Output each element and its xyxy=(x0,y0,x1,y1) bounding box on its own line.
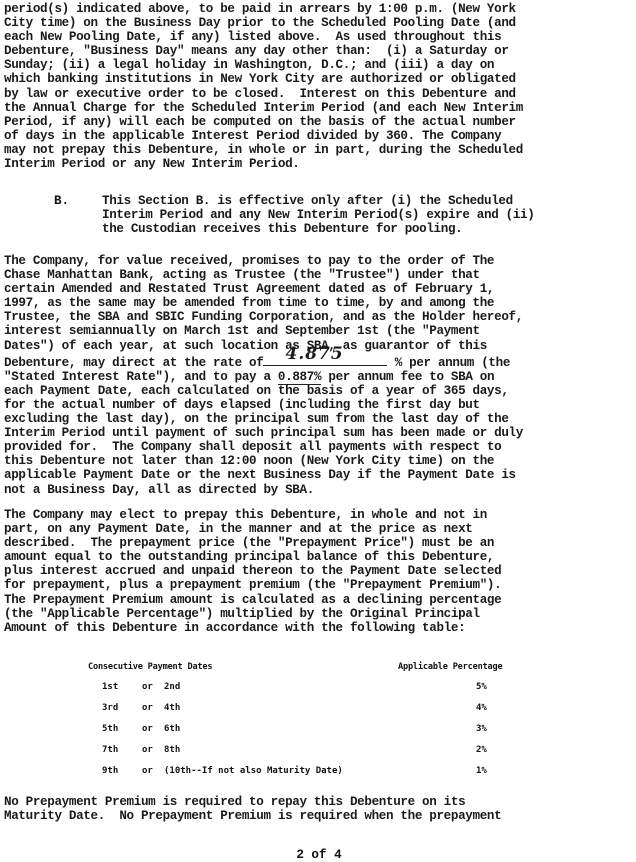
text-line: Trustee, the SBA and SBIC Funding Corpor… xyxy=(4,310,523,324)
cell-or: or xyxy=(142,682,153,692)
table-row: 9th or (10th--If not also Maturity Date)… xyxy=(4,766,634,786)
text-line: certain Amended and Restated Trust Agree… xyxy=(4,282,523,296)
text-line: Interim Period and any New Interim Perio… xyxy=(102,208,534,222)
fee-suffix: per annum fee to SBA on xyxy=(328,370,494,384)
text-line: The Company, for value received, promise… xyxy=(4,254,523,268)
cell-or: or xyxy=(142,703,153,713)
cell-second: 8th xyxy=(164,745,180,755)
text-line: this Debenture not later than 12:00 noon… xyxy=(4,454,523,468)
fee-line: "Stated Interest Rate"), and to pay a 0.… xyxy=(4,370,523,384)
cell-pct: 2% xyxy=(476,745,487,755)
section-b-text: This Section B. is effective only after … xyxy=(102,194,534,236)
text-line: amount equal to the outstanding principa… xyxy=(4,550,501,564)
cell-second: 4th xyxy=(164,703,180,713)
rate-prefix: Debenture, may direct at the rate of xyxy=(4,356,263,370)
text-line: Chase Manhattan Bank, acting as Trustee … xyxy=(4,268,523,282)
text-line: Interim Period or any New Interim Period… xyxy=(4,157,523,171)
text-line: not a Business Day, all as directed by S… xyxy=(4,483,523,497)
paragraph-no-premium: No Prepayment Premium is required to rep… xyxy=(4,795,501,823)
cell-pct: 4% xyxy=(476,703,487,713)
cell-first: 3rd xyxy=(102,703,118,713)
cell-first: 7th xyxy=(102,745,118,755)
handwritten-rate: 4.875 xyxy=(285,347,343,361)
fee-prefix: "Stated Interest Rate"), and to pay a xyxy=(4,370,271,384)
text-line: interest semiannually on March 1st and S… xyxy=(4,324,523,338)
text-line: No Prepayment Premium is required to rep… xyxy=(4,795,501,809)
paragraph-prepayment: The Company may elect to prepay this Deb… xyxy=(4,508,501,635)
cell-first: 9th xyxy=(102,766,118,776)
table-row: 7th or 8th 2% xyxy=(4,745,634,765)
text-line: each Payment Date, each calculated on th… xyxy=(4,384,523,398)
cell-second: (10th--If not also Maturity Date) xyxy=(164,766,343,776)
cell-or: or xyxy=(142,766,153,776)
fee-value: 0.887% xyxy=(278,370,321,385)
text-line: excluding the last day), on the principa… xyxy=(4,412,523,426)
text-line: Debenture, "Business Day" means any day … xyxy=(4,44,523,58)
cell-or: or xyxy=(142,724,153,734)
text-line: The Prepayment Premium amount is calcula… xyxy=(4,593,501,607)
cell-second: 2nd xyxy=(164,682,180,692)
text-line: Maturity Date. No Prepayment Premium is … xyxy=(4,809,501,823)
text-line: of days in the applicable Interest Perio… xyxy=(4,129,523,143)
cell-first: 1st xyxy=(102,682,118,692)
text-line: may not prepay this Debenture, in whole … xyxy=(4,143,523,157)
rate-line: Debenture, may direct at the rate of4.87… xyxy=(4,353,523,370)
text-line: (the "Applicable Percentage") multiplied… xyxy=(4,607,501,621)
table-row: 3rd or 4th 4% xyxy=(4,703,634,723)
text-line: 1997, as the same may be amended from ti… xyxy=(4,296,523,310)
text-line: The Company may elect to prepay this Deb… xyxy=(4,508,501,522)
table-row: 1st or 2nd 5% xyxy=(4,682,634,702)
cell-or: or xyxy=(142,745,153,755)
text-line: part, on any Payment Date, in the manner… xyxy=(4,522,501,536)
rate-blank: 4.875 xyxy=(263,353,387,366)
rate-suffix: % per annum (the xyxy=(395,356,510,370)
text-line: period(s) indicated above, to be paid in… xyxy=(4,2,523,16)
text-line: Dates") of each year, at such location a… xyxy=(4,339,523,353)
cell-second: 6th xyxy=(164,724,180,734)
text-line: Interim Period until payment of such pri… xyxy=(4,426,523,440)
text-line: applicable Payment Date or the next Busi… xyxy=(4,468,523,482)
text-line: each New Pooling Date, if any) listed ab… xyxy=(4,30,523,44)
text-line: City time) on the Business Day prior to … xyxy=(4,16,523,30)
table-header-payment-dates: Consecutive Payment Dates xyxy=(88,662,212,672)
table-header-percentage: Applicable Percentage xyxy=(398,662,502,672)
text-line: Sunday; (ii) a legal holiday in Washingt… xyxy=(4,58,523,72)
text-line: the Custodian receives this Debenture fo… xyxy=(102,222,534,236)
paragraph-payment-promise: The Company, for value received, promise… xyxy=(4,254,523,497)
text-line: the Annual Charge for the Scheduled Inte… xyxy=(4,101,523,115)
cell-first: 5th xyxy=(102,724,118,734)
page-number: 2 of 4 xyxy=(4,848,634,862)
table-row: 5th or 6th 3% xyxy=(4,724,634,744)
cell-pct: 1% xyxy=(476,766,487,776)
text-line: for prepayment, plus a prepayment premiu… xyxy=(4,578,501,592)
text-line: which banking institutions in New York C… xyxy=(4,72,523,86)
text-line: by law or executive order to be closed. … xyxy=(4,87,523,101)
section-letter: B. xyxy=(54,194,69,208)
text-line: provided for. The Company shall deposit … xyxy=(4,440,523,454)
text-line: for the actual number of days elapsed (i… xyxy=(4,398,523,412)
cell-pct: 3% xyxy=(476,724,487,734)
text-line: This Section B. is effective only after … xyxy=(102,194,534,208)
text-line: plus interest accrued and unpaid thereon… xyxy=(4,564,501,578)
text-line: Amount of this Debenture in accordance w… xyxy=(4,621,501,635)
paragraph-interest-terms: period(s) indicated above, to be paid in… xyxy=(4,2,523,171)
cell-pct: 5% xyxy=(476,682,487,692)
text-line: described. The prepayment price (the "Pr… xyxy=(4,536,501,550)
text-line: Period, if any) will each be computed on… xyxy=(4,115,523,129)
